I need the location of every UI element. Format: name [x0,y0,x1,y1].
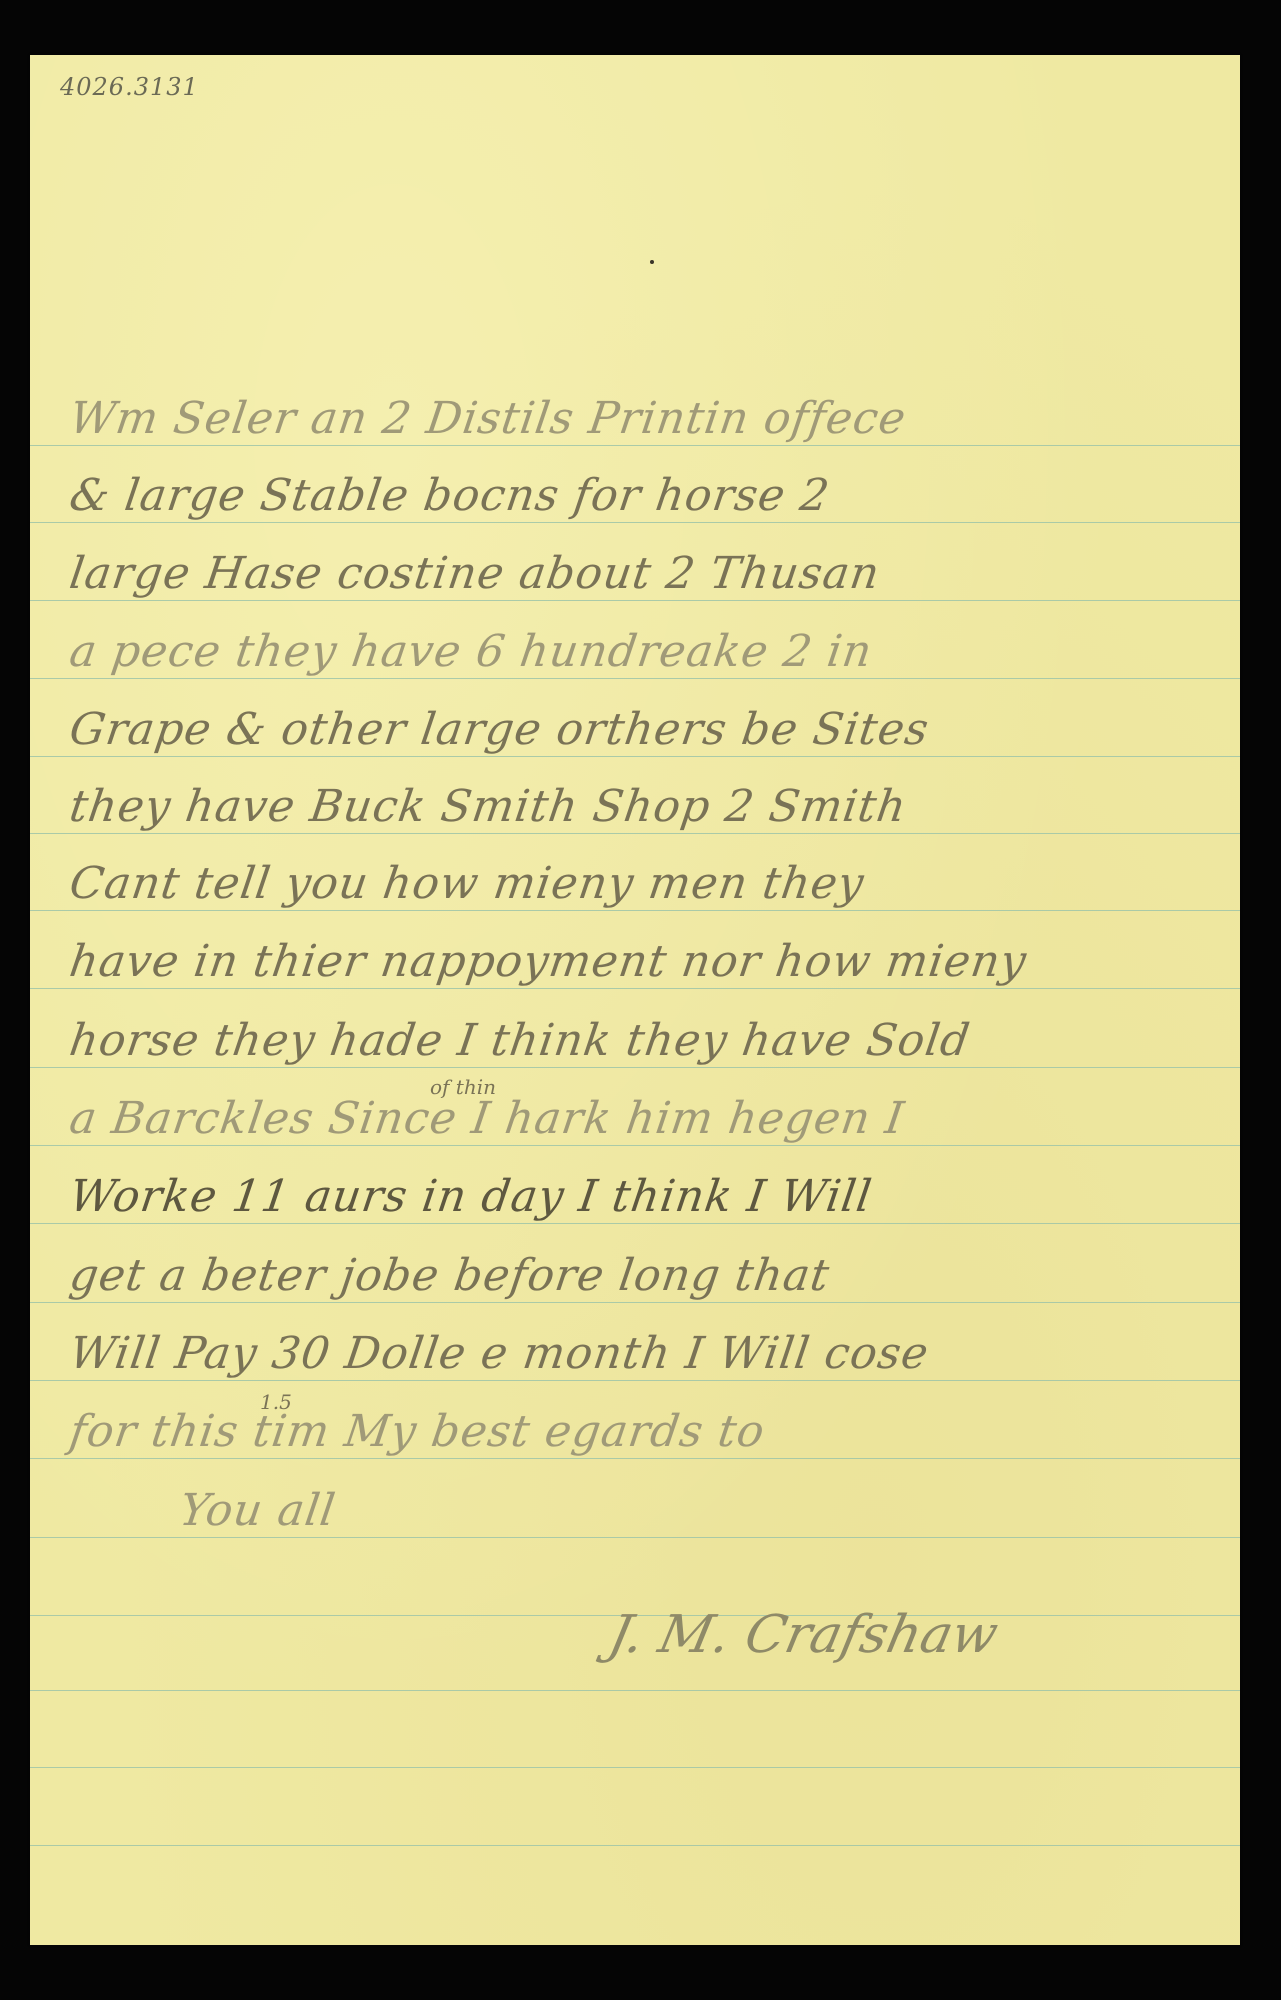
letter-line-14: for this tim My best egards to [66,1406,768,1457]
ruled-line [30,1380,1240,1381]
letter-line-1: Wm Seler an 2 Distils Printin offece [66,393,909,444]
ruled-line [30,988,1240,989]
letter-line-10: a Barckles Since I hark him hegen I [66,1093,907,1144]
letter-line-13: Will Pay 30 Dolle e month I Will cose [66,1328,932,1379]
ruled-line [30,1458,1240,1459]
letter-line-6: they have Buck Smith Shop 2 Smith [66,781,909,832]
ink-speck [650,260,654,264]
letter-line-11: Worke 11 aurs in day I think I Will [66,1171,875,1222]
ruled-line [30,833,1240,834]
ruled-line [30,1067,1240,1068]
ruled-line [30,678,1240,679]
ruled-line [30,910,1240,911]
letter-line-15: You all [176,1485,339,1536]
letter-line-9: horse they hade I think they have Sold [66,1015,973,1066]
ruled-line [30,445,1240,446]
signature: J. M. Crafshaw [604,1605,1004,1665]
ruled-line [30,1690,1240,1691]
letter-line-2: & large Stable bocns for horse 2 [66,470,833,521]
letter-line-5: Grape & other large orthers be Sites [66,704,932,755]
ruled-line [30,1845,1240,1846]
ruled-line [30,756,1240,757]
letter-line-12: get a beter jobe before long that [66,1250,833,1301]
catalog-number: 4026.3131 [60,73,199,101]
letter-line-8: have in thier nappoyment nor how mieny [66,936,1030,987]
letter-page: 4026.3131 Wm Seler an 2 Distils Printin … [30,55,1240,1945]
ruled-line [30,1537,1240,1538]
ruled-line [30,522,1240,523]
letter-line-7: Cant tell you how mieny men they [66,858,867,909]
ruled-line [30,1223,1240,1224]
ruled-line [30,1767,1240,1768]
letter-line-3: large Hase costine about 2 Thusan [66,548,883,599]
ruled-line [30,600,1240,601]
letter-line-4: a pece they have 6 hundreake 2 in [66,626,875,677]
ruled-line [30,1302,1240,1303]
ruled-line [30,1145,1240,1146]
